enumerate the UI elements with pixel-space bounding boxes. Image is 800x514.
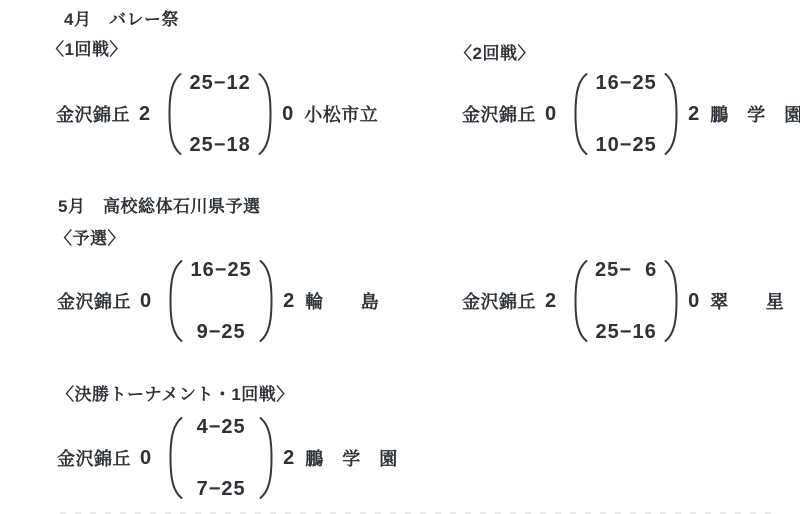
match-may-preliminary-2: 金沢錦丘 2 25− 6 25−16 0 翠 星 <box>462 258 784 344</box>
match-final-round1: 金沢錦丘 0 4−25 7−25 2 鵬 学 園 <box>57 415 398 501</box>
team-name-right: 鵬 学 園 <box>710 101 800 127</box>
right-paren-icon <box>258 415 276 501</box>
set-scores: 25−12 25−18 <box>183 71 257 157</box>
team-name-left: 金沢錦丘 <box>57 445 131 471</box>
set-scores: 25− 6 25−16 <box>589 258 663 344</box>
match-sets-won-right: 0 <box>282 104 293 124</box>
match-sets-won-left: 0 <box>140 448 151 468</box>
set-score-bottom: 10−25 <box>596 135 657 155</box>
set-score-top: 4−25 <box>197 417 246 437</box>
match-sets-won-right: 2 <box>283 448 294 468</box>
set-score-top: 25−12 <box>190 73 251 93</box>
set-scores: 4−25 7−25 <box>184 415 258 501</box>
set-score-bottom: 25−16 <box>596 322 657 342</box>
match-sets-won-left: 0 <box>545 104 556 124</box>
right-paren-icon <box>663 71 681 157</box>
left-paren-icon <box>166 258 184 344</box>
team-name-left: 金沢錦丘 <box>57 288 131 314</box>
match-sets-won-left: 2 <box>139 104 150 124</box>
set-scores: 16−25 10−25 <box>589 71 663 157</box>
match-sets-won-right: 2 <box>283 291 294 311</box>
april-section-title: 4月 バレー祭 <box>64 10 179 30</box>
match-may-preliminary-1: 金沢錦丘 0 16−25 9−25 2 輪 島 <box>57 258 379 344</box>
match-sets-won-left: 2 <box>545 291 556 311</box>
team-name-left: 金沢錦丘 <box>56 101 130 127</box>
right-paren-icon <box>257 71 275 157</box>
match-april-round1: 金沢錦丘 2 25−12 25−18 0 小松市立 <box>56 71 378 157</box>
team-name-left: 金沢錦丘 <box>462 101 536 127</box>
team-name-right: 翠 星 <box>710 288 784 314</box>
right-paren-icon <box>258 258 276 344</box>
final-tournament-label: 〈決勝トーナメント・1回戦〉 <box>57 385 294 405</box>
left-paren-icon <box>571 258 589 344</box>
set-score-bottom: 9−25 <box>197 322 246 342</box>
team-name-right: 輪 島 <box>305 288 379 314</box>
set-score-bottom: 25−18 <box>190 135 251 155</box>
preliminary-round-label: 〈予選〉 <box>55 229 125 249</box>
left-paren-icon <box>165 71 183 157</box>
match-sets-won-right: 0 <box>688 291 699 311</box>
left-paren-icon <box>166 415 184 501</box>
match-april-round2: 金沢錦丘 0 16−25 10−25 2 鵬 学 園 <box>462 71 800 157</box>
set-score-top: 16−25 <box>596 73 657 93</box>
left-paren-icon <box>571 71 589 157</box>
may-section-title: 5月 高校総体石川県予選 <box>58 197 260 217</box>
set-scores: 16−25 9−25 <box>184 258 258 344</box>
set-score-top: 25− 6 <box>595 260 657 280</box>
team-name-left: 金沢錦丘 <box>462 288 536 314</box>
team-name-right: 鵬 学 園 <box>305 445 398 471</box>
set-score-top: 16−25 <box>191 260 252 280</box>
round1-label: 〈1回戦〉 <box>47 40 127 60</box>
match-sets-won-right: 2 <box>688 104 699 124</box>
match-sets-won-left: 0 <box>140 291 151 311</box>
set-score-bottom: 7−25 <box>197 479 246 499</box>
round2-label: 〈2回戦〉 <box>455 44 535 64</box>
document-page: 4月 バレー祭 〈1回戦〉 〈2回戦〉 金沢錦丘 2 25−12 25−18 0… <box>0 0 800 514</box>
team-name-right: 小松市立 <box>304 101 378 127</box>
right-paren-icon <box>663 258 681 344</box>
